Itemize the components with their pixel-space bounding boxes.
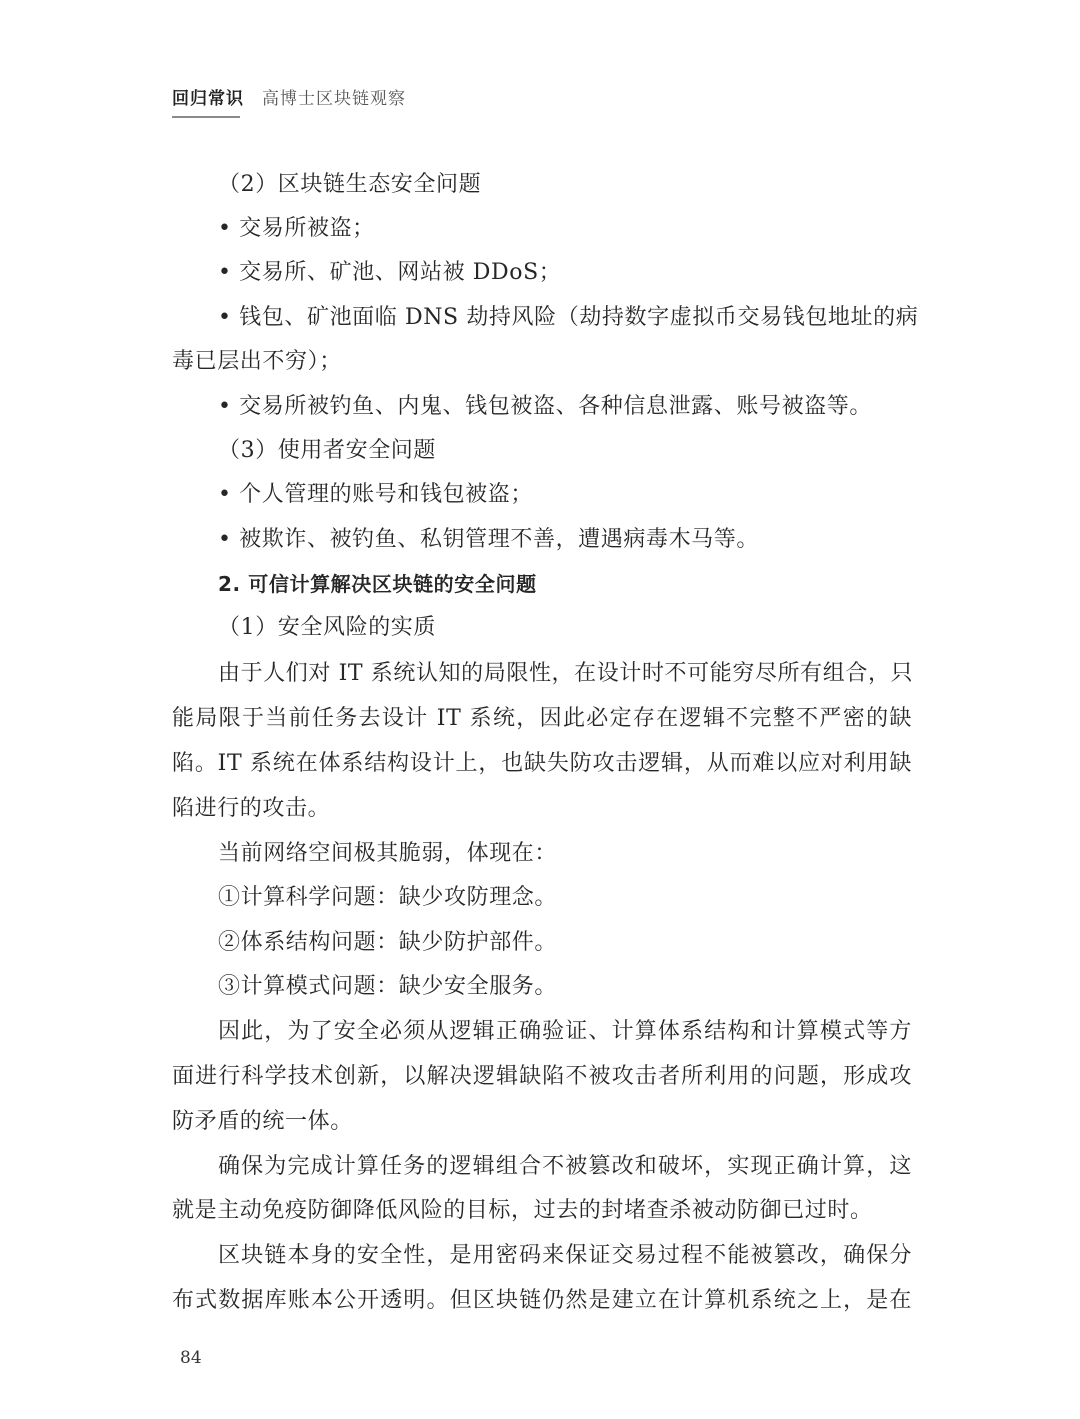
text-line: 就是主动免疫防御降低风险的目标，过去的封堵查杀被动防御已过时。 (172, 1196, 912, 1226)
text-line: （1）安全风险的实质 (218, 613, 912, 643)
text-line: • 被欺诈、被钓鱼、私钥管理不善，遭遇病毒木马等。 (218, 525, 912, 555)
text-line: 区块链本身的安全性，是用密码来保证交易过程不能被篡改，确保分 (218, 1241, 912, 1271)
text-line: 陷。IT 系统在体系结构设计上，也缺失防攻击逻辑，从而难以应对利用缺 (172, 749, 912, 779)
text-line: 布式数据库账本公开透明。但区块链仍然是建立在计算机系统之上，是在 (172, 1286, 912, 1316)
text-line: • 钱包、矿池面临 DNS 劫持风险（劫持数字虚拟币交易钱包地址的病 (218, 303, 912, 333)
text-line: 毒已层出不穷）； (172, 347, 912, 377)
text-line: 确保为完成计算任务的逻辑组合不被篡改和破坏，实现正确计算，这 (218, 1152, 912, 1182)
text-line: 当前网络空间极其脆弱，体现在： (218, 839, 912, 869)
text-line: • 个人管理的账号和钱包被盗； (218, 480, 912, 510)
text-line: • 交易所、矿池、网站被 DDoS； (218, 258, 912, 288)
text-line: 防矛盾的统一体。 (172, 1107, 912, 1137)
text-line: 能局限于当前任务去设计 IT 系统，因此必定存在逻辑不完整不严密的缺 (172, 704, 912, 734)
header-rule (172, 116, 240, 118)
text-line: 陷进行的攻击。 (172, 794, 912, 824)
text-line: ①计算科学问题：缺少攻防理念。 (218, 883, 912, 913)
running-header: 回归常识 高博士区块链观察 (172, 84, 406, 116)
book-subtitle: 高博士区块链观察 (262, 84, 406, 109)
text-line: ③计算模式问题：缺少安全服务。 (218, 972, 912, 1002)
text-line: 因此，为了安全必须从逻辑正确验证、计算体系结构和计算模式等方 (218, 1017, 912, 1047)
text-line: 由于人们对 IT 系统认知的局限性，在设计时不可能穷尽所有组合，只 (218, 659, 912, 689)
page-number: 84 (180, 1348, 202, 1368)
book-title: 回归常识 (172, 84, 244, 109)
section-heading: 2. 可信计算解决区块链的安全问题 (218, 569, 912, 599)
text-line: • 交易所被盗； (218, 214, 912, 244)
text-line: （3）使用者安全问题 (218, 436, 912, 466)
text-line: （2）区块链生态安全问题 (218, 170, 912, 200)
text-line: • 交易所被钓鱼、内鬼、钱包被盗、各种信息泄露、账号被盗等。 (218, 392, 912, 422)
text-line: 面进行科学技术创新，以解决逻辑缺陷不被攻击者所利用的问题，形成攻 (172, 1062, 912, 1092)
text-line: ②体系结构问题：缺少防护部件。 (218, 928, 912, 958)
